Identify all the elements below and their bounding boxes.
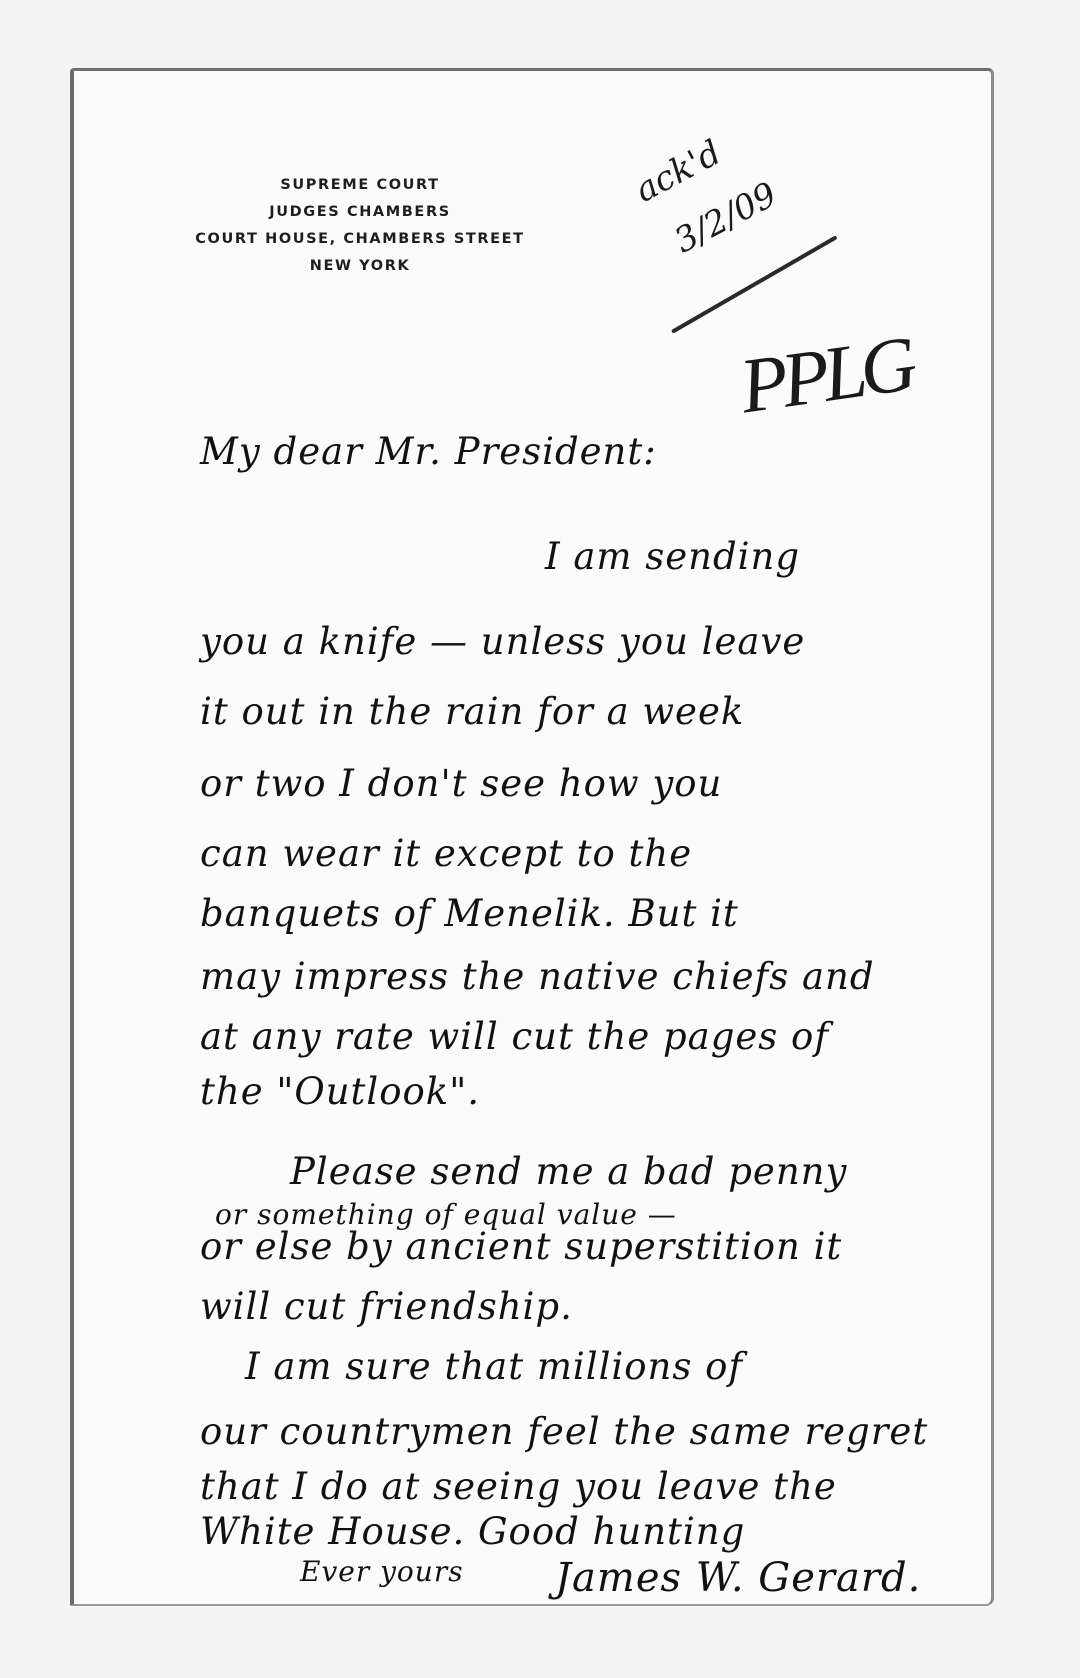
body-line: or else by ancient superstition it — [200, 1225, 842, 1268]
body-line: may impress the native chiefs and — [200, 955, 875, 998]
body-line: banquets of Menelik. But it — [200, 892, 739, 935]
body-line: our countrymen feel the same regret — [200, 1410, 928, 1453]
body-line: Please send me a bad penny — [290, 1150, 847, 1193]
body-line: or two I don't see how you — [200, 762, 722, 805]
closing: Ever yours — [300, 1555, 464, 1588]
body-line: I am sure that millions of — [245, 1345, 743, 1388]
body-line: will cut friendship. — [200, 1285, 573, 1328]
body-line: White House. Good hunting — [200, 1510, 745, 1553]
body-line: I am sending — [545, 535, 800, 578]
body-line: you a knife — unless you leave — [200, 620, 805, 663]
letterhead-line-address: COURT HOUSE, CHAMBERS STREET — [170, 226, 550, 253]
body-line: the "Outlook". — [200, 1070, 480, 1113]
body-line: that I do at seeing you leave the — [200, 1465, 837, 1508]
letterhead-line-city: NEW YORK — [170, 253, 550, 280]
signature: James W. Gerard. — [555, 1555, 921, 1601]
letterhead: SUPREME COURT JUDGES CHAMBERS COURT HOUS… — [170, 172, 550, 280]
letterhead-line-court: SUPREME COURT — [170, 172, 550, 199]
body-line: can wear it except to the — [200, 832, 692, 875]
letterhead-line-chambers: JUDGES CHAMBERS — [170, 199, 550, 226]
body-line: it out in the rain for a week — [200, 690, 744, 733]
salutation: My dear Mr. President: — [200, 430, 657, 473]
body-line: at any rate will cut the pages of — [200, 1015, 829, 1058]
